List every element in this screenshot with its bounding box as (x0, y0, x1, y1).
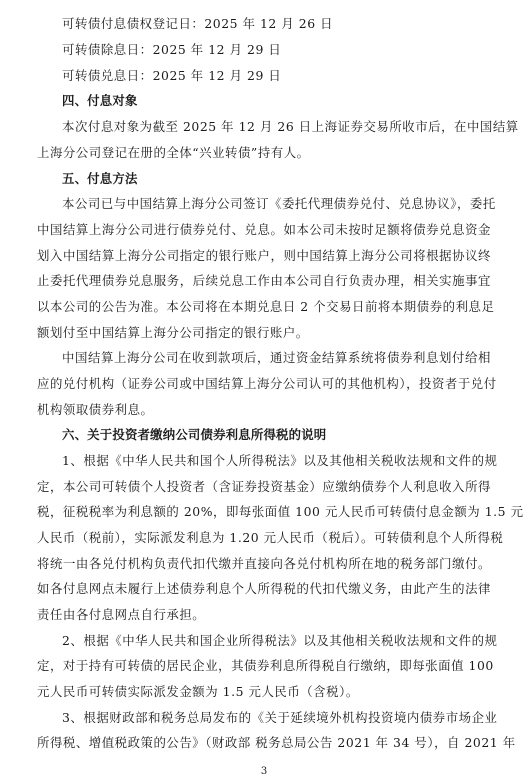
body-text-line: 中国结算上海分公司在收到款项后，通过资金结算系统将债券利息划付给相 (62, 350, 491, 366)
body-text-line: 定，对于持有可转债的居民企业，其债券利息所得税自行缴纳，即每张面值 100 (37, 658, 491, 674)
body-text-line: 税，征税税率为利息额的 20%，即每张面值 100 元人民币可转债付息金额为 1… (37, 504, 491, 520)
body-text-line: 本公司已与中国结算上海分公司签订《委托代理债券兑付、兑息协议》，委托 (62, 196, 491, 212)
body-text-line: 元人民币可转债实际派发金额为 1.5 元人民币（含税）。 (37, 684, 491, 700)
body-text-line: 机构领取债券利息。 (37, 402, 491, 418)
body-text-line: 中国结算上海分公司进行债券兑付、兑息。如本公司未按时足额将债券兑息资金 (37, 222, 491, 238)
body-text-line: 如各付息网点未履行上述债券利息个人所得税的代扣代缴义务，由此产生的法律 (37, 581, 491, 597)
body-text-line: 划入中国结算上海分公司指定的银行账户，则中国结算上海分公司将根据协议终 (37, 248, 491, 264)
body-text-line: 1、根据《中华人民共和国个人所得税法》以及其他相关税收法规和文件的规 (62, 453, 491, 469)
document-page: 可转债付息债权登记日：2025 年 12 月 26 日可转债除息日：2025 年… (0, 0, 528, 783)
body-text-line: 责任由各付息网点自行承担。 (37, 607, 491, 623)
body-text-line: 人民币（税前），实际派发利息为 1.20 元人民币（税后）。可转债利息个人所得税 (37, 530, 491, 546)
body-text-line: 3、根据财政部和税务总局发布的《关于延续境外机构投资境内债券市场企业 (62, 710, 491, 726)
section-heading: 四、付息对象 (62, 93, 491, 109)
body-text-line: 以本公司的公告为准。本公司将在本期兑息日 2 个交易日前将本期债券的利息足 (37, 299, 491, 315)
body-text-line: 本次付息对象为截至 2025 年 12 月 26 日上海证券交易所收市后，在中国… (62, 119, 491, 135)
body-text-line: 止委托代理债券兑息服务，后续兑息工作由本公司自行负责办理，相关实施事宜 (37, 273, 491, 289)
body-text-line: 可转债兑息日：2025 年 12 月 29 日 (62, 68, 491, 84)
section-heading: 六、关于投资者缴纳公司债券利息所得税的说明 (62, 427, 491, 443)
body-text-line: 可转债付息债权登记日：2025 年 12 月 26 日 (62, 16, 491, 32)
body-text-line: 额划付至中国结算上海分公司指定的银行账户。 (37, 325, 491, 341)
body-text-line: 定，本公司可转债个人投资者（含证券投资基金）应缴纳债券个人利息收入所得 (37, 479, 491, 495)
body-text-line: 可转债除息日：2025 年 12 月 29 日 (62, 42, 491, 58)
body-text-line: 所得税、增值税政策的公告》（财政部 税务总局公告 2021 年 34 号），自 … (37, 735, 491, 751)
page-number: 3 (0, 766, 528, 778)
body-text-line: 上海分公司登记在册的全体“兴业转债”持有人。 (37, 145, 491, 161)
body-text-line: 应的兑付机构（证券公司或中国结算上海分公司认可的其他机构），投资者于兑付 (37, 376, 491, 392)
body-text-line: 2、根据《中华人民共和国企业所得税法》以及其他相关税收法规和文件的规 (62, 633, 491, 649)
section-heading: 五、付息方法 (62, 171, 491, 187)
body-text-line: 将统一由各兑付机构负责代扣代缴并直接向各兑付机构所在地的税务部门缴付。 (37, 556, 491, 572)
